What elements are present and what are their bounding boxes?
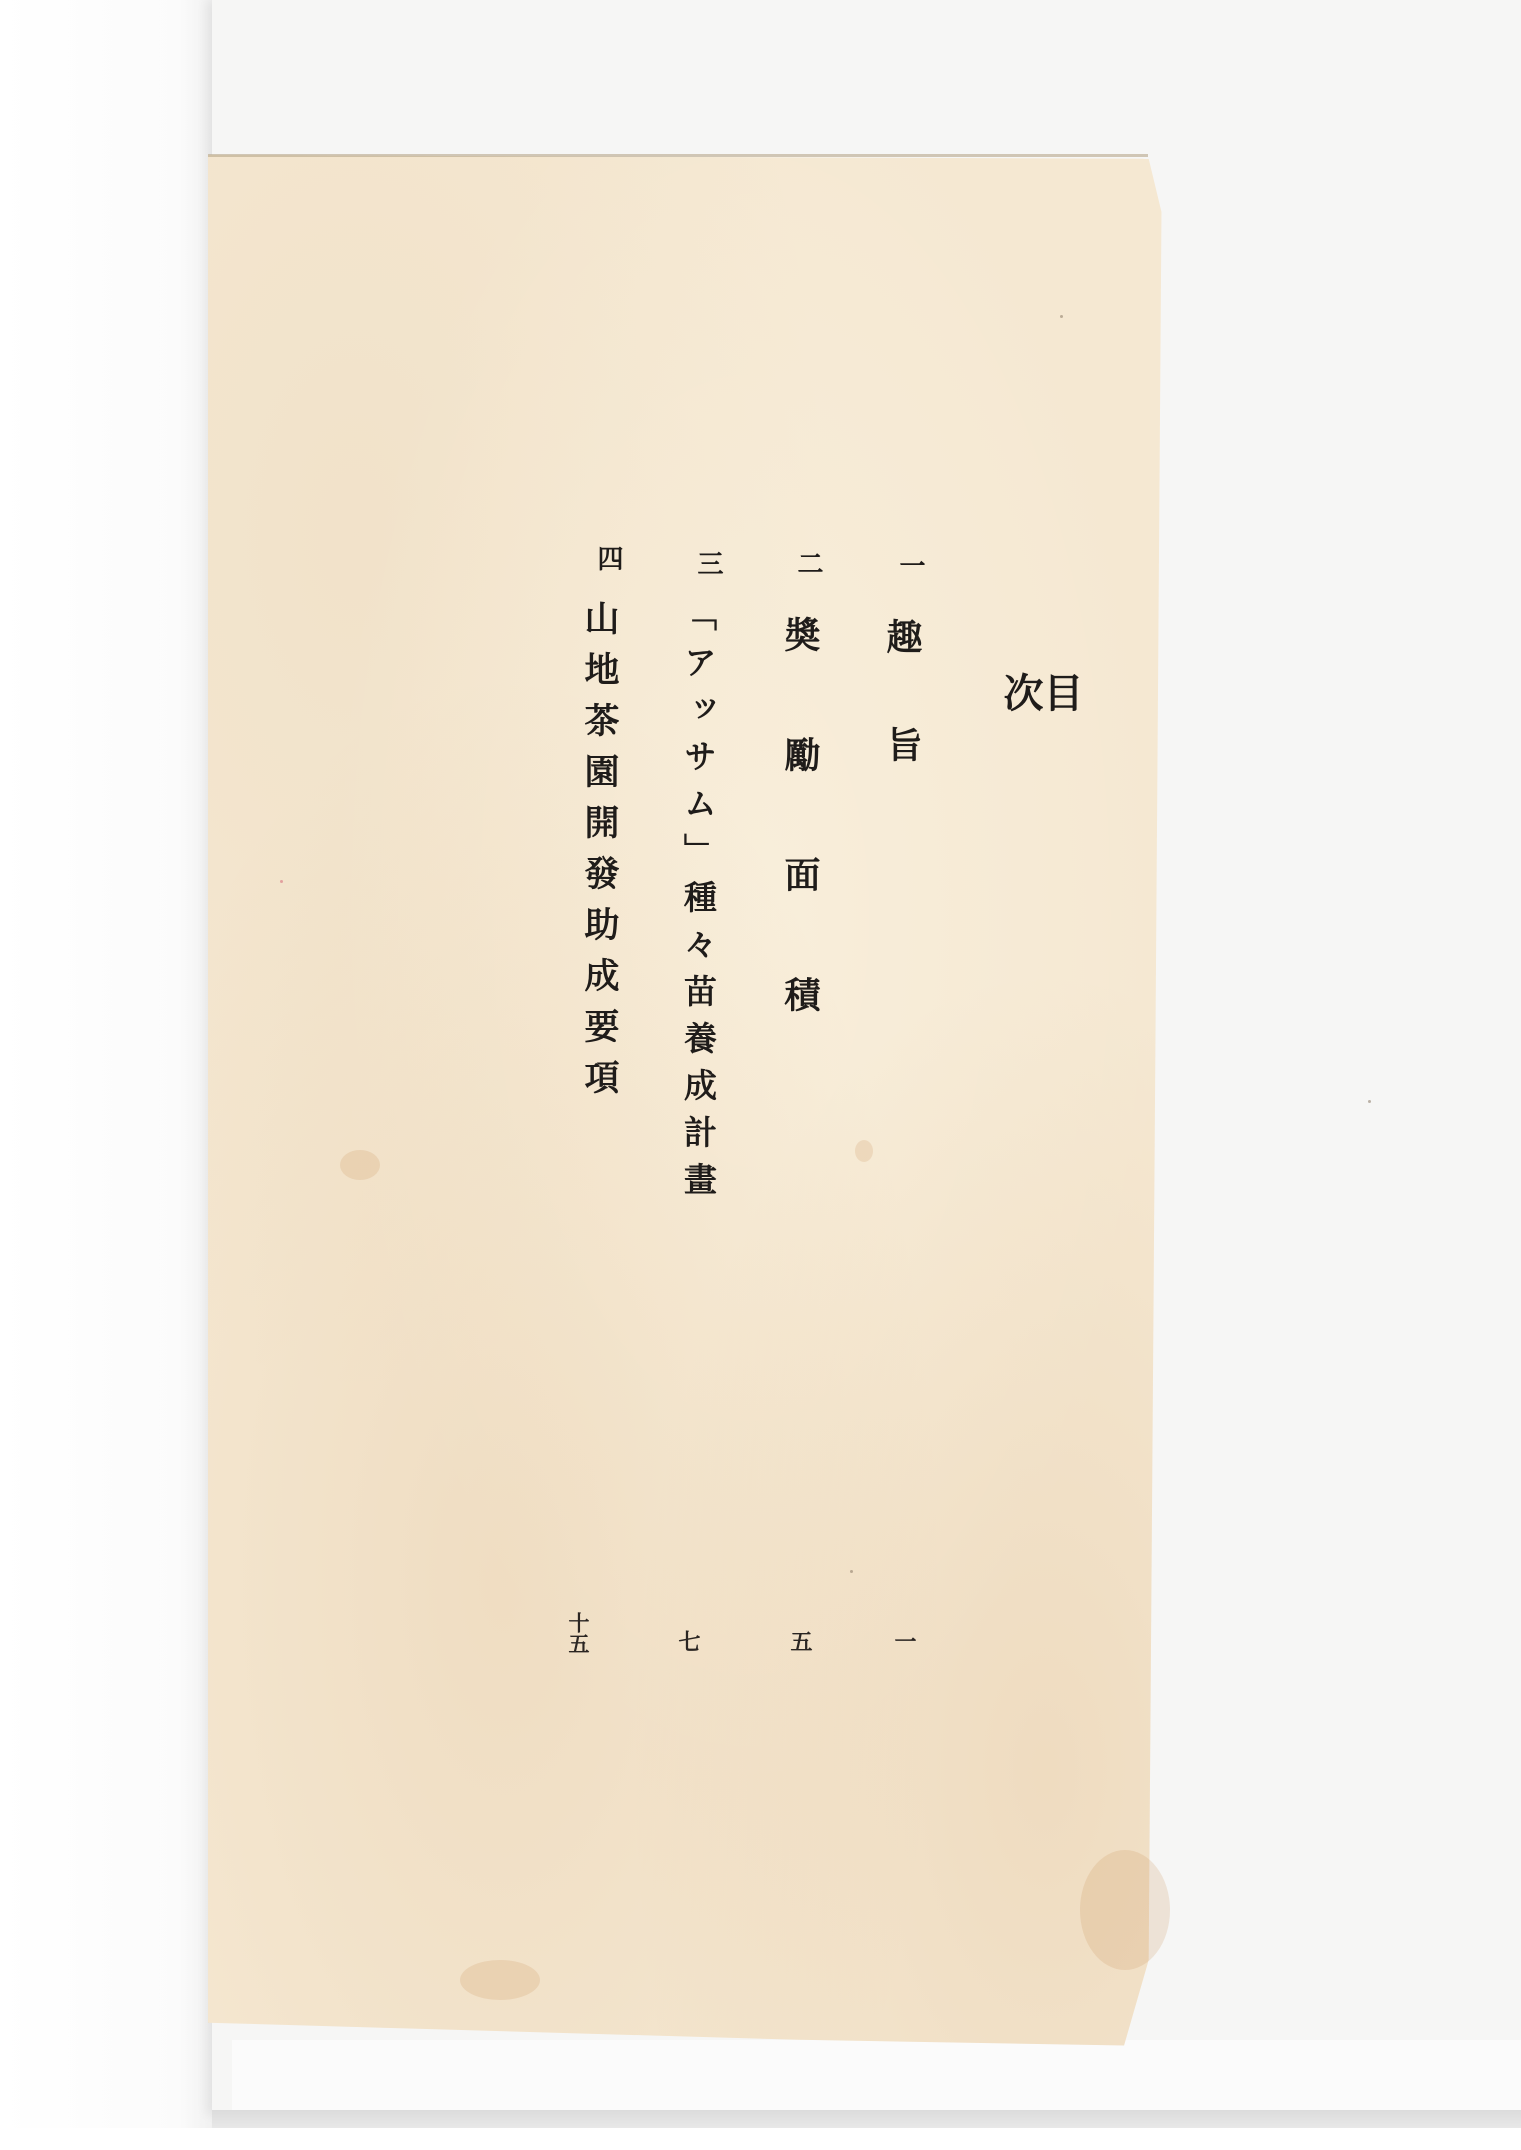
toc-entry-number: 三 <box>690 550 727 576</box>
title-char: 次 <box>1000 672 1040 957</box>
paper-speck <box>850 1570 853 1573</box>
paper-stain <box>1080 1850 1170 1970</box>
toc-entry-title: 山地茶園開發助成要項 <box>582 600 617 1110</box>
scanner-edge-shadow <box>212 2110 1521 2128</box>
toc-entry-number: 一 <box>892 552 929 578</box>
page-title: 目 次 <box>1000 672 1080 957</box>
paper-stain <box>855 1140 873 1162</box>
paper-speck <box>1060 315 1063 318</box>
toc-entry-title: 奬勵面積 <box>782 616 818 1096</box>
toc-entry-number: 二 <box>790 550 827 576</box>
toc-entry-page: 五 <box>789 1630 811 1652</box>
toc-entry-page: 七 <box>677 1630 699 1652</box>
paper-speck <box>1368 1100 1371 1103</box>
paper-stain <box>460 1960 540 2000</box>
toc-entry-number: 四 <box>590 545 627 571</box>
toc-entry-title: 「アッサム」種々苗養成計畫 <box>682 598 715 1209</box>
toc-entry-title: 趣旨 <box>884 618 920 834</box>
toc-entry-page: 一 <box>893 1630 915 1652</box>
scanner-background <box>0 0 212 2150</box>
paper-top-edge <box>208 154 1148 157</box>
paper-speck <box>280 880 283 883</box>
toc-entry-page: 十五 <box>568 1612 589 1654</box>
title-char: 目 <box>1040 672 1080 712</box>
paper-stain <box>340 1150 380 1180</box>
scanner-bottom-margin <box>0 2128 1521 2150</box>
backing-sheet-lower <box>232 2040 1521 2112</box>
